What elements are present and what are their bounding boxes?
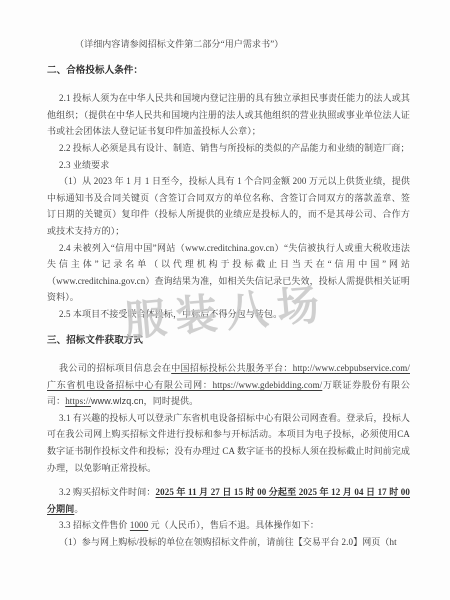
clause-2-5: 2.5 本项目不接受联合体投标，中标后不得分包与转包。 [47, 306, 410, 323]
text-run: （详细内容请参阅招标文件第二部分“用户需求书”） [75, 39, 283, 49]
section-2-heading: 二、合格投标人条件： [47, 63, 410, 80]
text-run: 2.5 本项目不接受联合体投标，中标后不得分包与转包。 [59, 309, 282, 319]
text-run: 2.3 业绩要求 [59, 160, 109, 170]
clause-2-3: 2.3 业绩要求 [47, 157, 410, 174]
text-run: www.wlzq.cn [91, 396, 144, 406]
clause-3-3: 3.3 招标文件售价 1000 元（人民币），售后不退。具体操作如下： [47, 517, 410, 534]
clause-2-3-item-1: （1）从 2023 年 1 月 1 日至今，投标人具有 1 个合同金额 200 … [47, 173, 410, 239]
text-run: 元（人民币），售后不退。具体操作如下： [148, 520, 319, 530]
document-content: （详细内容请参阅招标文件第二部分“用户需求书”）二、合格投标人条件：2.1 投标… [47, 36, 410, 551]
clause-2-1: 2.1 投标人须为在中华人民共和国境内登记注册的具有独立承担民事责任能力的法人或… [47, 90, 410, 140]
text-run: 我公司的招标项目信息会在 [59, 363, 171, 373]
clause-3-1: 3.1 有兴趣的投标人可以登录广东省机电设备招标中心有限公司网查看。登录后，投标… [47, 410, 410, 476]
section-3-heading: 三、招标文件获取方式 [47, 333, 410, 350]
document-page: 服装八场 （详细内容请参阅招标文件第二部分“用户需求书”）二、合格投标人条件：2… [0, 0, 450, 600]
text-run: 三、招标文件获取方式 [47, 336, 143, 346]
text-run: （1）参与网上购标/投标的单位在领购招标文件前，请前往【交易平台 2.0】网页（… [59, 537, 397, 547]
text-run: 2.2 投标人必须是具有设计、制造、销售与所投标的类似的产品能力和业绩的制造厂商… [59, 143, 410, 153]
text-run: 2.4 未被列入“信用中国”网站（www.creditchina.gov.cn）… [47, 243, 410, 303]
url-text: https:// [65, 396, 91, 406]
clause-2-4: 2.4 未被列入“信用中国”网站（www.creditchina.gov.cn）… [47, 240, 410, 306]
clause-3-intro: 我公司的招标项目信息会在中国招标投标公共服务平台：http://www.cebp… [47, 360, 410, 410]
text-run: 1000 [130, 520, 148, 530]
clause-2-2: 2.2 投标人必须是具有设计、制造、销售与所投标的类似的产品能力和业绩的制造厂商… [47, 140, 410, 157]
text-run: 3.2 购买招标文件时间： [59, 487, 156, 497]
text-run: ，同时提供。 [144, 396, 199, 406]
text-run: 二、合格投标人条件： [47, 66, 143, 76]
text-run: （1）从 2023 年 1 月 1 日至今，投标人具有 1 个合同金额 200 … [47, 176, 410, 236]
detail-note: （详细内容请参阅招标文件第二部分“用户需求书”） [47, 36, 410, 53]
text-run: 3.3 招标文件售价 [59, 520, 130, 530]
clause-3-3-item-1: （1）参与网上购标/投标的单位在领购招标文件前，请前往【交易平台 2.0】网页（… [47, 534, 410, 551]
text-run: 3.1 有兴趣的投标人可以登录广东省机电设备招标中心有限公司网查看。登录后，投标… [47, 413, 410, 473]
clause-3-2: 3.2 购买招标文件时间：2025 年 11 月 27 日 15 时 00 分起… [47, 484, 410, 517]
text-run: 2.1 投标人须为在中华人民共和国境内登记注册的具有独立承担民事责任能力的法人或… [47, 93, 410, 136]
text-run: 。 [74, 504, 83, 514]
